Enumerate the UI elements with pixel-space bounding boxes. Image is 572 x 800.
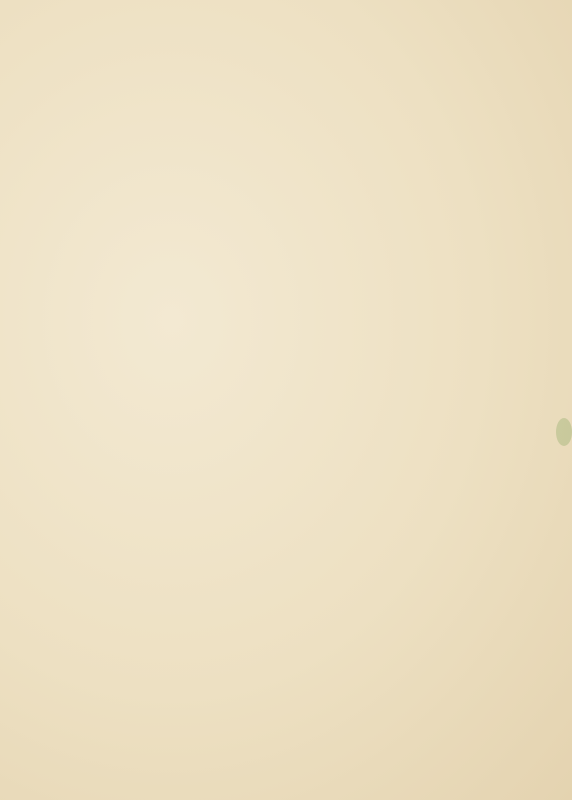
paper-stain (556, 418, 572, 446)
book-page (0, 0, 572, 800)
page-header (0, 22, 572, 42)
